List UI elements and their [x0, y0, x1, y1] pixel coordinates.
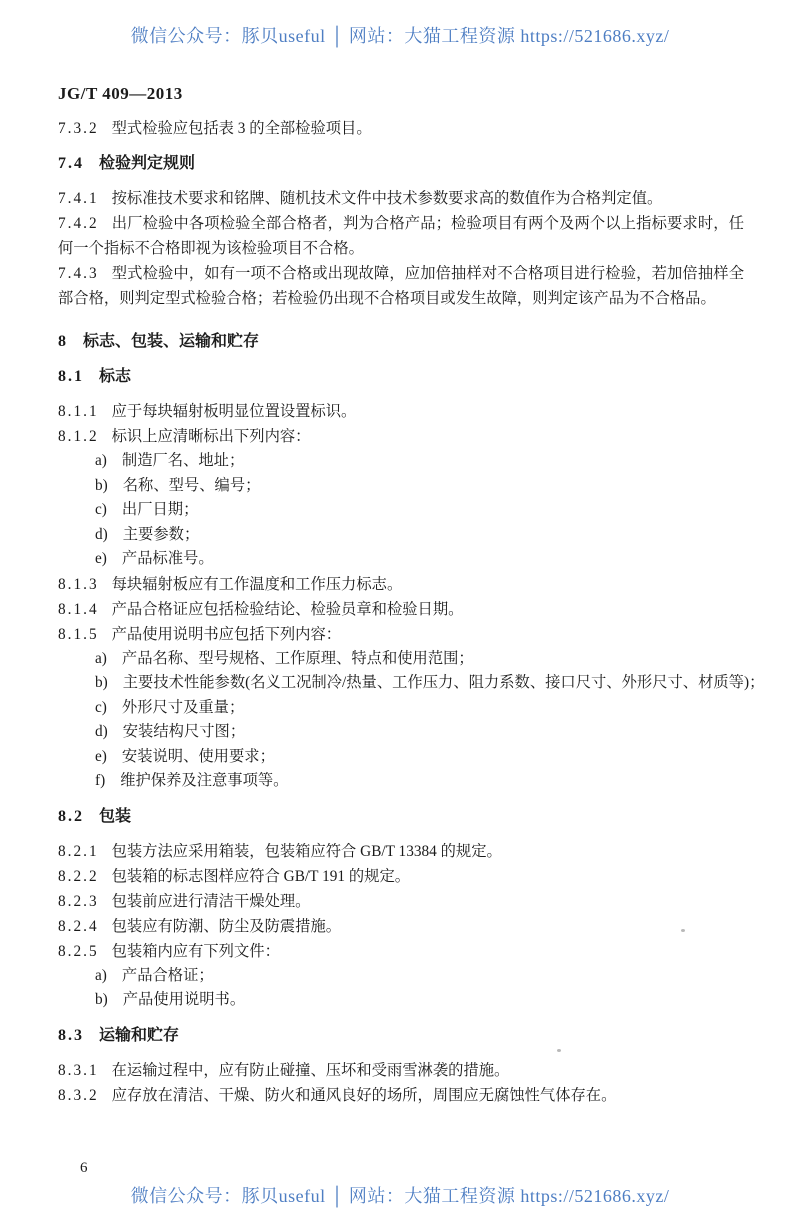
- list-text: 名称、型号、编号；: [123, 477, 261, 494]
- clause-7-4-1: 7.4.1按标准技术要求和铭牌、随机技术文件中技术参数要求高的数值作为合格判定值…: [58, 186, 744, 211]
- heading-number: 8: [58, 333, 68, 350]
- heading-8-1: 8.1标志: [58, 364, 744, 389]
- list-text: 主要技术性能参数(名义工况制冷/热量、工作压力、阻力系数、接口尺寸、外形尺寸、材…: [123, 674, 765, 691]
- heading-text: 检验判定规则: [99, 155, 195, 172]
- clause-text: 出厂检验中各项检验全部合格者，判为合格产品；检验项目有两个及两个以上指标要求时，…: [58, 215, 744, 257]
- page-number: 6: [80, 1160, 88, 1177]
- heading-number: 8.3: [58, 1027, 84, 1044]
- clause-text: 包装应有防潮、防尘及防震措施。: [112, 918, 341, 935]
- clause-number: 8.1.5: [58, 626, 99, 643]
- scan-speck: [557, 1049, 561, 1052]
- heading-text: 包装: [99, 808, 131, 825]
- clause-text: 产品使用说明书应包括下列内容：: [112, 626, 341, 643]
- heading-text: 标志、包装、运输和贮存: [83, 333, 259, 350]
- clause-8-1-5: 8.1.5产品使用说明书应包括下列内容：: [58, 622, 744, 647]
- list-item: a)产品名称、型号规格、工作原理、特点和使用范围；: [58, 647, 744, 672]
- list-text: 产品标准号。: [122, 550, 214, 567]
- list-item: b)主要技术性能参数(名义工况制冷/热量、工作压力、阻力系数、接口尺寸、外形尺寸…: [58, 671, 744, 696]
- list-item: b)名称、型号、编号；: [58, 474, 744, 499]
- heading-number: 8.2: [58, 808, 84, 825]
- list-letter: b): [95, 674, 108, 691]
- clause-text: 包装方法应采用箱装，包装箱应符合 GB/T 13384 的规定。: [112, 843, 502, 860]
- clause-8-1-2: 8.1.2标识上应清晰标出下列内容：: [58, 424, 744, 449]
- list-text: 产品合格证；: [122, 967, 214, 984]
- standard-code: JG/T 409—2013: [58, 84, 183, 104]
- list-text: 安装说明、使用要求；: [122, 748, 275, 765]
- clause-8-2-2: 8.2.2包装箱的标志图样应符合 GB/T 191 的规定。: [58, 864, 744, 889]
- clause-number: 8.1.3: [58, 576, 99, 593]
- clause-text: 按标准技术要求和铭牌、随机技术文件中技术参数要求高的数值作为合格判定值。: [112, 190, 663, 207]
- clause-7-4-3: 7.4.3型式检验中，如有一项不合格或出现故障，应加倍抽样对不合格项目进行检验，…: [58, 261, 744, 311]
- list-letter: a): [95, 967, 107, 984]
- clause-7-4-2: 7.4.2出厂检验中各项检验全部合格者，判为合格产品；检验项目有两个及两个以上指…: [58, 211, 744, 261]
- list-item: b)产品使用说明书。: [58, 988, 744, 1013]
- clause-text: 标识上应清晰标出下列内容：: [112, 428, 311, 445]
- list-item: e)产品标准号。: [58, 547, 744, 572]
- clause-text: 包装前应进行清洁干燥处理。: [112, 893, 311, 910]
- clause-number: 7.4.1: [58, 190, 99, 207]
- list-text: 外形尺寸及重量；: [122, 699, 244, 716]
- clause-text: 产品合格证应包括检验结论、检验员章和检验日期。: [112, 601, 464, 618]
- document-page: 微信公众号：豚贝useful │ 网站：大猫工程资源 https://52168…: [0, 0, 800, 1224]
- clause-number: 8.2.5: [58, 943, 99, 960]
- header-watermark: 微信公众号：豚贝useful │ 网站：大猫工程资源 https://52168…: [0, 22, 800, 48]
- clause-text: 每块辐射板应有工作温度和工作压力标志。: [112, 576, 403, 593]
- clause-text: 型式检验中，如有一项不合格或出现故障，应加倍抽样对不合格项目进行检验，若加倍抽样…: [58, 265, 744, 307]
- clause-8-2-4: 8.2.4包装应有防潮、防尘及防震措施。: [58, 914, 744, 939]
- list-letter: b): [95, 991, 108, 1008]
- clause-8-3-1: 8.3.1在运输过程中，应有防止碰撞、压坏和受雨雪淋袭的措施。: [58, 1058, 744, 1083]
- clause-number: 8.2.2: [58, 868, 99, 885]
- list-letter: d): [95, 526, 108, 543]
- list-item: c)外形尺寸及重量；: [58, 696, 744, 721]
- clause-text: 型式检验应包括表 3 的全部检验项目。: [112, 120, 372, 137]
- clause-number: 8.2.4: [58, 918, 99, 935]
- document-body: 7.3.2型式检验应包括表 3 的全部检验项目。 7.4检验判定规则 7.4.1…: [58, 116, 744, 1108]
- clause-number: 8.1.2: [58, 428, 99, 445]
- list-letter: e): [95, 748, 107, 765]
- clause-8-3-2: 8.3.2应存放在清洁、干燥、防火和通风良好的场所，周围应无腐蚀性气体存在。: [58, 1083, 744, 1108]
- clause-number: 8.2.1: [58, 843, 99, 860]
- list-letter: e): [95, 550, 107, 567]
- heading-text: 标志: [99, 368, 131, 385]
- clause-number: 7.4.3: [58, 265, 99, 282]
- heading-number: 7.4: [58, 155, 84, 172]
- list-item: a)产品合格证；: [58, 964, 744, 989]
- clause-number: 7.4.2: [58, 215, 99, 232]
- heading-8-2: 8.2包装: [58, 804, 744, 829]
- clause-text: 在运输过程中，应有防止碰撞、压坏和受雨雪淋袭的措施。: [112, 1062, 510, 1079]
- list-item: a)制造厂名、地址；: [58, 449, 744, 474]
- scan-speck: [681, 929, 685, 932]
- list-letter: a): [95, 650, 107, 667]
- clause-8-1-3: 8.1.3每块辐射板应有工作温度和工作压力标志。: [58, 572, 744, 597]
- clause-8-2-5: 8.2.5包装箱内应有下列文件：: [58, 939, 744, 964]
- list-item: d)主要参数；: [58, 523, 744, 548]
- list-letter: d): [95, 723, 108, 740]
- clause-number: 8.3.2: [58, 1087, 99, 1104]
- list-letter: a): [95, 452, 107, 469]
- clause-text: 包装箱内应有下列文件：: [112, 943, 280, 960]
- clause-8-1-4: 8.1.4产品合格证应包括检验结论、检验员章和检验日期。: [58, 597, 744, 622]
- heading-7-4: 7.4检验判定规则: [58, 151, 744, 176]
- clause-text: 应存放在清洁、干燥、防火和通风良好的场所，周围应无腐蚀性气体存在。: [112, 1087, 617, 1104]
- list-text: 产品使用说明书。: [123, 991, 245, 1008]
- clause-number: 8.3.1: [58, 1062, 99, 1079]
- list-text: 安装结构尺寸图；: [123, 723, 245, 740]
- list-letter: c): [95, 699, 107, 716]
- list-text: 维护保养及注意事项等。: [120, 772, 288, 789]
- list-text: 产品名称、型号规格、工作原理、特点和使用范围；: [122, 650, 474, 667]
- clause-8-2-3: 8.2.3包装前应进行清洁干燥处理。: [58, 889, 744, 914]
- clause-text: 包装箱的标志图样应符合 GB/T 191 的规定。: [112, 868, 410, 885]
- clause-7-3-2: 7.3.2型式检验应包括表 3 的全部检验项目。: [58, 116, 744, 141]
- list-item: f)维护保养及注意事项等。: [58, 769, 744, 794]
- list-letter: f): [95, 772, 105, 789]
- clause-number: 7.3.2: [58, 120, 99, 137]
- clause-number: 8.1.1: [58, 403, 99, 420]
- list-item: d)安装结构尺寸图；: [58, 720, 744, 745]
- clause-number: 8.1.4: [58, 601, 99, 618]
- list-letter: b): [95, 477, 108, 494]
- clause-number: 8.2.3: [58, 893, 99, 910]
- list-text: 制造厂名、地址；: [122, 452, 244, 469]
- heading-number: 8.1: [58, 368, 84, 385]
- clause-8-2-1: 8.2.1包装方法应采用箱装，包装箱应符合 GB/T 13384 的规定。: [58, 839, 744, 864]
- clause-8-1-1: 8.1.1应于每块辐射板明显位置设置标识。: [58, 399, 744, 424]
- heading-text: 运输和贮存: [99, 1027, 179, 1044]
- list-text: 出厂日期；: [122, 501, 199, 518]
- footer-watermark: 微信公众号：豚贝useful │ 网站：大猫工程资源 https://52168…: [0, 1182, 800, 1208]
- clause-text: 应于每块辐射板明显位置设置标识。: [112, 403, 357, 420]
- heading-8-3: 8.3运输和贮存: [58, 1023, 744, 1048]
- list-letter: c): [95, 501, 107, 518]
- list-text: 主要参数；: [123, 526, 200, 543]
- list-item: c)出厂日期；: [58, 498, 744, 523]
- heading-8: 8标志、包装、运输和贮存: [58, 329, 744, 354]
- list-item: e)安装说明、使用要求；: [58, 745, 744, 770]
